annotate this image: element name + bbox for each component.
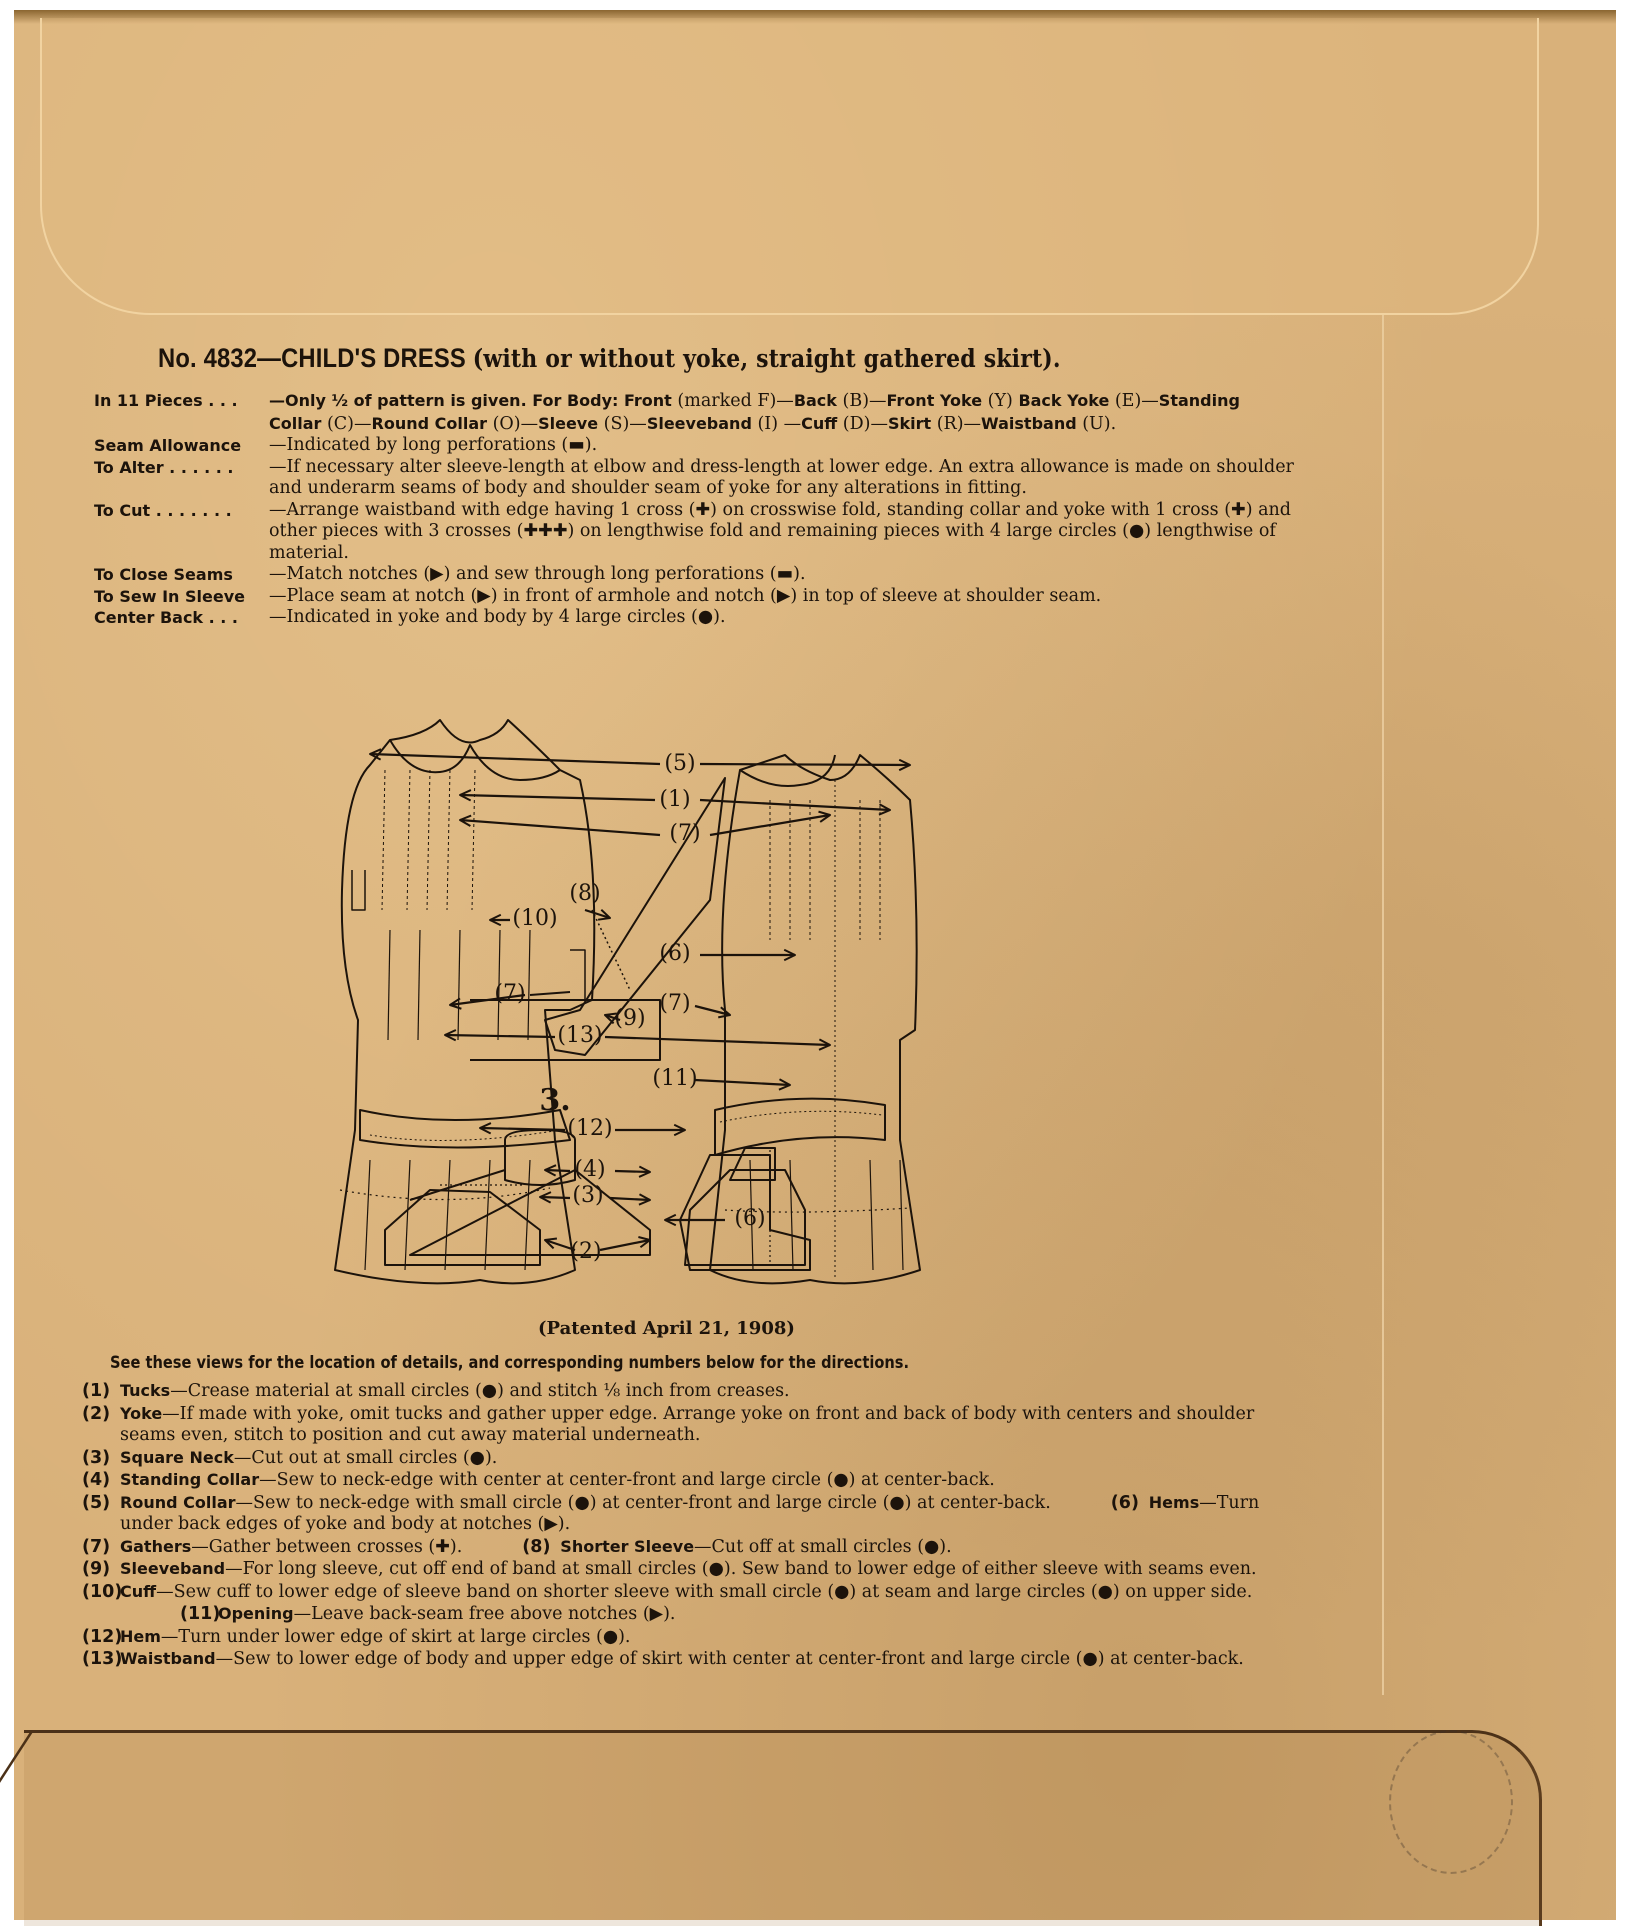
direction-item: (5)Round Collar—Sew to neck-edge with sm…: [82, 1493, 1051, 1513]
direction-text: —Gather between crosses (✚).: [191, 1537, 462, 1557]
direction-name: Sleeveband: [120, 1559, 225, 1578]
numbered-directions: (1)Tucks—Crease material at small circle…: [82, 1380, 1277, 1671]
direction-item: (9)Sleeveband—For long sleeve, cut off e…: [82, 1559, 1257, 1579]
svg-text:(6): (6): [734, 1206, 765, 1231]
direction-text: —If made with yoke, omit tucks and gathe…: [120, 1404, 1254, 1446]
spec-text: —Place seam at notch (▶) in front of arm…: [269, 586, 1294, 608]
svg-text:(9): (9): [614, 1006, 645, 1031]
svg-text:(3): (3): [572, 1183, 603, 1208]
direction-text: —Sew to lower edge of body and upper edg…: [216, 1649, 1244, 1669]
spec-row: In 11 Pieces . . .—Only ½ of pattern is …: [94, 390, 1294, 435]
direction-number: (1): [82, 1381, 120, 1403]
svg-text:(7): (7): [494, 981, 525, 1006]
spec-text: —Arrange waistband with edge having 1 cr…: [269, 500, 1294, 565]
direction-name: Round Collar: [120, 1493, 236, 1512]
direction-number: (8): [522, 1537, 560, 1559]
direction-item: (8)Shorter Sleeve—Cut off at small circl…: [522, 1537, 951, 1557]
pattern-title-main: No. 4832—CHILD'S DRESS: [158, 343, 466, 373]
dress-illustration: (5)(1)(7)(8)(10)(6)(7)(9)(7)(13)(11)(12)…: [330, 710, 1050, 1350]
direction-name: Cuff: [120, 1582, 156, 1601]
spec-label: To Alter . . . . . .: [94, 457, 269, 500]
directions-intro: See these views for the location of deta…: [110, 1353, 909, 1373]
top-flap: [40, 18, 1539, 315]
direction-item: (1)Tucks—Crease material at small circle…: [82, 1381, 790, 1401]
direction-number: (2): [82, 1404, 120, 1426]
direction-number: (5): [82, 1493, 120, 1515]
direction-name: Standing Collar: [120, 1470, 259, 1489]
dress-diagram: (5)(1)(7)(8)(10)(6)(7)(9)(7)(13)(11)(12)…: [330, 710, 1050, 1350]
direction-item: (12)Hem—Turn under lower edge of skirt a…: [82, 1627, 630, 1647]
direction-text: —Cut off at small circles (●).: [694, 1537, 952, 1557]
spec-label: In 11 Pieces . . .: [94, 390, 269, 435]
svg-text:(10): (10): [512, 906, 557, 931]
direction-name: Opening: [218, 1604, 294, 1623]
direction-number: (13): [82, 1649, 120, 1671]
svg-text:(13): (13): [557, 1023, 602, 1048]
spec-label: To Cut . . . . . . .: [94, 500, 269, 565]
direction-text: —For long sleeve, cut off end of band at…: [225, 1559, 1256, 1579]
direction-text: —Cut out at small circles (●).: [234, 1448, 498, 1468]
svg-text:(4): (4): [574, 1157, 605, 1182]
direction-number: (7): [82, 1537, 120, 1559]
direction-item: (4)Standing Collar—Sew to neck-edge with…: [82, 1470, 995, 1490]
spec-text: —Indicated by long perforations (▬).: [269, 435, 1294, 457]
direction-name: Hems: [1149, 1493, 1199, 1512]
direction-name: Shorter Sleeve: [560, 1537, 694, 1556]
direction-name: Square Neck: [120, 1448, 234, 1467]
direction-text: —Turn under lower edge of skirt at large…: [161, 1627, 631, 1647]
svg-text:(8): (8): [569, 881, 600, 906]
spec-label: Seam Allowance: [94, 435, 269, 457]
direction-number: (4): [82, 1470, 120, 1492]
direction-item: (11)Opening—Leave back-seam free above n…: [180, 1604, 676, 1624]
pattern-title: No. 4832—CHILD'S DRESS (with or without …: [158, 343, 1061, 374]
direction-name: Yoke: [120, 1404, 162, 1423]
direction-number: (12): [82, 1627, 120, 1649]
svg-text:(5): (5): [664, 751, 695, 776]
direction-number: (10): [82, 1582, 120, 1604]
direction-text: —Sew to neck-edge with small circle (●) …: [236, 1493, 1051, 1513]
spec-text: —Only ½ of pattern is given. For Body: F…: [269, 390, 1294, 435]
direction-name: Waistband: [120, 1649, 216, 1668]
direction-number: (11): [180, 1604, 218, 1626]
direction-text: —Crease material at small circles (●) an…: [170, 1381, 789, 1401]
bottom-flap: [24, 1730, 1542, 1926]
svg-text:(2): (2): [570, 1239, 601, 1264]
direction-number: (9): [82, 1559, 120, 1581]
direction-name: Hem: [120, 1627, 161, 1646]
svg-text:(7): (7): [659, 991, 690, 1016]
spec-row: Center Back . . .—Indicated in yoke and …: [94, 607, 1294, 629]
svg-text:3.: 3.: [539, 1083, 570, 1118]
direction-text: —Sew to neck-edge with center at center-…: [259, 1470, 995, 1490]
spec-row: Seam Allowance—Indicated by long perfora…: [94, 435, 1294, 457]
direction-item: (2)Yoke—If made with yoke, omit tucks an…: [82, 1404, 1254, 1446]
direction-item: (13)Waistband—Sew to lower edge of body …: [82, 1649, 1244, 1669]
spec-text: —If necessary alter sleeve-length at elb…: [269, 457, 1294, 500]
faded-postmark: [1389, 1730, 1513, 1874]
direction-item: (7)Gathers—Gather between crosses (✚).: [82, 1537, 462, 1557]
direction-number: (3): [82, 1448, 120, 1470]
direction-text: —Sew cuff to lower edge of sleeve band o…: [156, 1582, 1252, 1602]
spec-text: —Match notches (▶) and sew through long …: [269, 564, 1294, 586]
spec-label: Center Back . . .: [94, 607, 269, 629]
direction-item: (3)Square Neck—Cut out at small circles …: [82, 1448, 497, 1468]
direction-name: Gathers: [120, 1537, 191, 1556]
direction-name: Tucks: [120, 1381, 170, 1400]
spec-text: —Indicated in yoke and body by 4 large c…: [269, 607, 1294, 629]
pattern-subtitle: (with or without yoke, straight gathered…: [473, 344, 1061, 373]
spec-row: To Close Seams—Match notches (▶) and sew…: [94, 564, 1294, 586]
spec-label: To Close Seams: [94, 564, 269, 586]
pattern-specifications: In 11 Pieces . . .—Only ½ of pattern is …: [94, 390, 1294, 629]
patent-caption: (Patented April 21, 1908): [538, 1318, 795, 1339]
svg-text:(6): (6): [659, 941, 690, 966]
direction-number: (6): [1111, 1493, 1149, 1515]
svg-text:(7): (7): [669, 821, 700, 846]
spec-row: To Alter . . . . . .—If necessary alter …: [94, 457, 1294, 500]
svg-text:(12): (12): [567, 1116, 612, 1141]
direction-text: —Leave back-seam free above notches (▶).: [294, 1604, 676, 1624]
spec-row: To Cut . . . . . . .—Arrange waistband w…: [94, 500, 1294, 565]
spec-row: To Sew In Sleeve—Place seam at notch (▶)…: [94, 586, 1294, 608]
spec-label: To Sew In Sleeve: [94, 586, 269, 608]
svg-text:(11): (11): [652, 1066, 697, 1091]
svg-text:(1): (1): [659, 787, 690, 812]
side-seam-fold: [1382, 315, 1384, 1695]
direction-item: (10)Cuff—Sew cuff to lower edge of sleev…: [82, 1582, 1252, 1602]
